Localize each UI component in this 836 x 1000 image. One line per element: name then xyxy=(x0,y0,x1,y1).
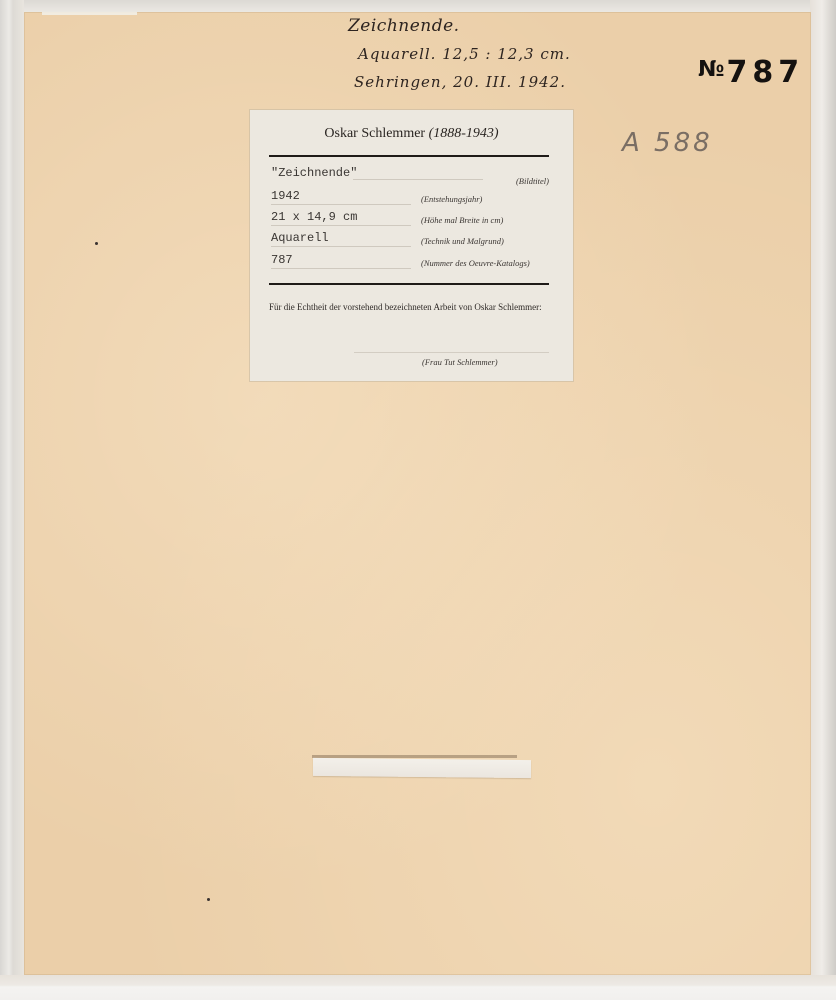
field-value: 1942 xyxy=(271,189,300,203)
label-artist-heading: Oskar Schlemmer (1888-1943) xyxy=(250,126,573,142)
mat-border-right xyxy=(810,0,836,1000)
stamp-number: 787 xyxy=(726,55,804,90)
field-caption: (Entstehungsjahr) xyxy=(421,194,482,204)
field-caption: (Nummer des Oeuvre-Katalogs) xyxy=(421,258,530,268)
handwritten-inscription: Zeichnende. Aquarell. 12,5 : 12,3 cm. Se… xyxy=(348,12,598,96)
artist-years: (1888-1943) xyxy=(429,126,499,141)
field-value: "Zeichnende" xyxy=(271,166,357,180)
artist-name: Oskar Schlemmer xyxy=(324,126,425,141)
field-caption: (Höhe mal Breite in cm) xyxy=(421,215,503,225)
field-dimensions: 21 x 14,9 cm (Höhe mal Breite in cm) xyxy=(271,210,551,231)
signature-line xyxy=(354,352,549,353)
field-caption: (Bildtitel) xyxy=(516,176,549,186)
field-value: Aquarell xyxy=(271,231,329,245)
speck xyxy=(95,242,98,245)
mat-border-bottom xyxy=(0,975,836,1000)
inscription-place-date: Sehringen, 20. III. 1942. xyxy=(348,68,598,96)
tape-strip xyxy=(313,758,531,778)
field-value: 787 xyxy=(271,253,293,267)
speck xyxy=(207,898,210,901)
field-value: 21 x 14,9 cm xyxy=(271,210,357,224)
inventory-stamp: №787 xyxy=(698,55,804,90)
field-underline xyxy=(271,246,411,247)
inscription-title: Zeichnende. xyxy=(348,12,598,40)
inscription-medium-size: Aquarell. 12,5 : 12,3 cm. xyxy=(348,40,598,68)
top-tape-edge xyxy=(42,12,137,15)
fields-rule xyxy=(269,283,549,285)
authentication-label: Oskar Schlemmer (1888-1943) "Zeichnende"… xyxy=(250,110,573,381)
field-underline xyxy=(271,204,411,205)
certification-text: Für die Echtheit der vorstehend bezeichn… xyxy=(269,301,559,314)
field-catalog-number: 787 (Nummer des Oeuvre-Katalogs) xyxy=(271,253,551,274)
field-technique: Aquarell (Technik und Malgrund) xyxy=(271,231,551,252)
signature-caption: (Frau Tut Schlemmer) xyxy=(422,357,498,367)
mat-border-top xyxy=(0,0,836,12)
pencil-annotation: A 588 xyxy=(622,128,713,158)
field-year: 1942 (Entstehungsjahr) xyxy=(271,189,551,210)
field-underline xyxy=(353,179,483,180)
field-underline xyxy=(271,268,411,269)
field-underline xyxy=(271,225,411,226)
heading-rule xyxy=(269,155,549,157)
field-title: "Zeichnende" (Bildtitel) xyxy=(271,166,551,187)
field-caption: (Technik und Malgrund) xyxy=(421,236,504,246)
mat-border-left xyxy=(0,0,24,1000)
numero-sign: № xyxy=(698,57,724,82)
